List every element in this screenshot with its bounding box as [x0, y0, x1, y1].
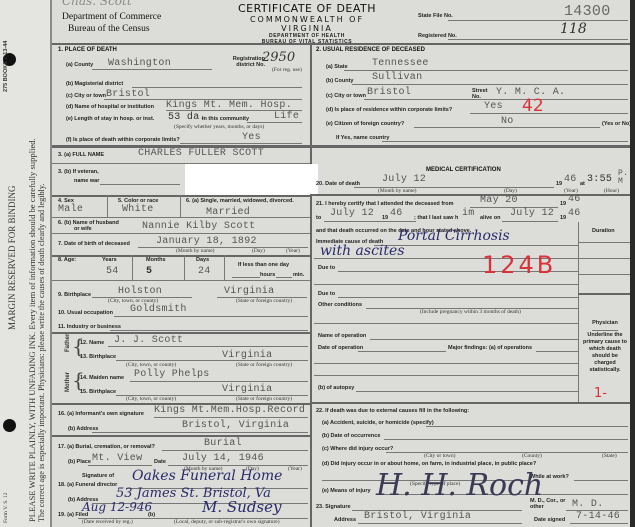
father-name[interactable]: J. J. Scott — [114, 335, 183, 346]
attend-from[interactable]: May 20 — [480, 195, 518, 206]
res-county-label: (b) County — [326, 78, 354, 84]
accident-label: (a) Accident, suicide, or homicide (spec… — [322, 420, 434, 426]
to-label: to — [316, 215, 321, 221]
date-of-birth[interactable]: January 18, 1892 — [156, 236, 257, 247]
corporate-label: (f) Is place of death within corporate l… — [66, 137, 180, 143]
res-state[interactable]: Tennessee — [372, 58, 429, 69]
registered-no: 118 — [560, 21, 587, 37]
funeral-director-signature[interactable]: Oakes Funeral Home — [132, 468, 282, 484]
dob-day-note: (Day) — [252, 248, 265, 254]
binding-margin: 275 BOOKS 7-13-44 Form V. S. 12 MARGIN R… — [0, 0, 52, 527]
rule — [138, 247, 308, 248]
divider — [578, 222, 579, 402]
rule — [52, 233, 310, 234]
death-county[interactable]: Washington — [108, 58, 171, 69]
alive-year[interactable]: 46 — [568, 208, 581, 219]
form-number: Form V. S. 12 — [3, 492, 9, 523]
book-stamp: 275 BOOKS 7-13-44 — [3, 41, 9, 92]
rule — [414, 127, 600, 128]
divider — [52, 43, 630, 45]
due-to-label-2: Due to — [318, 291, 335, 297]
rule — [154, 417, 308, 418]
rule — [448, 20, 628, 21]
race-value[interactable]: White — [122, 204, 154, 215]
mother-maiden-name[interactable]: Polly Phelps — [134, 369, 210, 380]
rule — [130, 381, 308, 382]
rule — [592, 330, 618, 331]
birthplace-city[interactable]: Holston — [118, 286, 162, 297]
dob-month-note: (Month by name) — [176, 248, 215, 254]
physician-address[interactable]: Bristol, Virginia — [364, 511, 471, 522]
burial-date-label: Date — [154, 459, 166, 465]
father-city-note: (City, town, or county) — [126, 362, 176, 368]
attend-to-year[interactable]: 46 — [390, 208, 403, 219]
rule — [132, 87, 302, 88]
date-of-death[interactable]: July 12 — [382, 174, 426, 185]
rule — [110, 330, 308, 331]
director-label-1: Signature of — [82, 473, 114, 479]
punch-hole-bottom — [3, 419, 16, 432]
rule — [502, 221, 558, 222]
divider — [310, 402, 630, 404]
means-label: (e) Means of injury — [322, 488, 371, 494]
attend-to[interactable]: July 12 — [330, 208, 374, 219]
home-label: (d) Did injury occur in or about home, o… — [322, 461, 536, 467]
instruction-line-2: The correct age is especially important.… — [37, 184, 46, 522]
divider — [224, 255, 225, 280]
father-side-label: Father — [65, 334, 71, 352]
registrar-signature[interactable]: M. Sudsey — [202, 498, 281, 516]
where-label: (c) Where did injury occur? — [322, 446, 393, 452]
alive-label: alive on — [480, 215, 500, 221]
rule — [578, 258, 630, 259]
external-heading: 22. If death was due to external causes … — [316, 408, 469, 414]
dod-year[interactable]: 46 — [564, 174, 577, 185]
rule — [426, 426, 628, 427]
top-scrawl: Chas. Scott — [62, 0, 132, 8]
stay-label: (e) Length of stay in hosp. or inst. — [66, 116, 154, 122]
other-conditions-label: Other conditions — [318, 302, 362, 308]
due-to-label-1: Due to — [318, 265, 335, 271]
at-label: at — [580, 181, 585, 187]
attend-from-19: 19 — [560, 201, 566, 207]
rule — [386, 452, 628, 453]
age-years[interactable]: 54 — [106, 266, 119, 277]
spouse-label-2: or wife — [74, 226, 92, 232]
yes-no-note: (Yes or No) — [602, 121, 631, 127]
veteran-label: 3. (b) If veteran, — [58, 169, 99, 175]
sex-value[interactable]: Male — [58, 204, 83, 215]
mother-state-note: (State or foreign country) — [236, 396, 292, 402]
death-city-label: (c) City or town — [66, 93, 106, 99]
divider — [310, 43, 312, 145]
res-corporate-label: (d) Is place of residence within corpora… — [326, 107, 452, 113]
op-date-label: Date of operation — [318, 345, 363, 351]
father-birthplace[interactable]: Virginia — [222, 350, 272, 361]
informant-signature[interactable]: Kings Mt.Mem.Hosp.Record — [154, 405, 305, 416]
rule — [232, 277, 260, 278]
rule — [314, 284, 578, 285]
rule — [574, 480, 628, 481]
medical-heading: MEDICAL CERTIFICATION — [426, 167, 501, 173]
state-title: COMMONWEALTH OF VIRGINIA — [222, 15, 392, 33]
burial-method[interactable]: Burial — [204, 438, 242, 449]
divider — [132, 255, 133, 280]
rule — [180, 143, 302, 144]
physician-title: Physician — [580, 320, 630, 327]
attend-label: 21. I hereby certify that I attended the… — [316, 201, 454, 207]
divider — [52, 255, 310, 257]
age-label: 8. Age: — [58, 257, 76, 263]
father-state-note: (State or foreign country) — [236, 362, 292, 368]
rule — [356, 391, 578, 392]
marital-label: 6. (a) Single, married, widowed, divorce… — [186, 198, 294, 204]
full-name-label: 3. (a) FULL NAME — [58, 152, 104, 158]
findings-label: Major findings: (a) of operations — [448, 345, 532, 351]
street-label: Street No. — [472, 88, 488, 100]
dod-year-prefix: 19 — [556, 181, 562, 187]
physician-title-value[interactable]: M. D. — [572, 499, 604, 510]
state-file-label: State File No. — [418, 13, 453, 19]
physician-signature[interactable]: H. H. Roch — [376, 468, 543, 503]
autopsy-label: (b) of autopsy — [318, 385, 354, 391]
community-label: In this community — [202, 116, 249, 122]
red-cause-code: 124B — [482, 251, 556, 279]
mother-city-note: (City, town, or county) — [126, 396, 176, 402]
operation-label: Name of operation — [318, 333, 366, 339]
hours-label: hours — [260, 272, 275, 278]
rule — [470, 113, 628, 114]
filed-date[interactable]: Aug 12-946 — [82, 500, 152, 514]
rule — [344, 70, 628, 71]
res-city[interactable]: Bristol — [367, 87, 411, 98]
last-saw-label: ; that I last saw h — [414, 215, 458, 221]
hospital-name[interactable]: Kings Mt. Mem. Hosp. — [166, 100, 292, 111]
informant-address[interactable]: Bristol, Virginia — [182, 420, 289, 431]
dob-year-note: (Year) — [286, 248, 300, 254]
age-days[interactable]: 24 — [198, 266, 211, 277]
dept-line-2: Bureau of the Census — [68, 24, 150, 34]
binding-note: MARGIN RESERVED FOR BINDING — [7, 185, 17, 330]
date-signed[interactable]: 7-14-46 — [576, 511, 620, 522]
state-note: (State or foreign country) — [236, 298, 292, 304]
certificate-title: CERTIFICATE OF DEATH — [222, 2, 392, 15]
rule — [276, 277, 292, 278]
rule — [358, 523, 522, 524]
immediate-cause-2[interactable]: with ascites — [320, 243, 405, 259]
place-of-death-heading: 1. PLACE OF DEATH — [58, 47, 117, 53]
rule — [314, 323, 578, 324]
years-label: Years — [102, 257, 117, 263]
rule — [52, 280, 310, 281]
min-label: min. — [293, 272, 304, 278]
father-brace: { — [72, 336, 85, 356]
instruction-line-1: PLEASE WRITE PLAINLY, WITH UNFADING INK.… — [27, 138, 37, 522]
dept-line-1: Department of Commerce — [62, 12, 161, 22]
divider — [52, 332, 310, 334]
county-label: (a) County — [66, 62, 93, 68]
death-corporate[interactable]: Yes — [242, 132, 261, 143]
reg-district-label: Registration district No. — [225, 56, 265, 68]
birthplace-state[interactable]: Virginia — [224, 286, 274, 297]
divider — [52, 195, 310, 197]
immediate-cause-1[interactable]: Portal Cirrhosis — [398, 228, 510, 244]
informant-label: 16. (a) Informant's own signature — [58, 411, 144, 417]
dod-hour[interactable]: 3:55 — [587, 174, 612, 185]
red-mark: 1- — [594, 386, 607, 401]
res-county[interactable]: Sullivan — [372, 72, 422, 83]
rule — [352, 84, 628, 85]
director-label-2: 18. (a) Funeral director — [58, 482, 117, 488]
registrar-note: (Local, deputy, or sub-registrar's own s… — [174, 519, 280, 525]
mother-bp-label: 15. Birthplace — [80, 389, 116, 395]
occupation[interactable]: Goldsmith — [130, 304, 187, 315]
death-city[interactable]: Bristol — [106, 89, 150, 100]
rule — [92, 69, 212, 70]
rule — [92, 432, 308, 433]
rule — [88, 465, 152, 466]
other-note: (Include pregnancy within 3 months of de… — [420, 309, 521, 315]
rule — [247, 122, 302, 123]
burial-year-note: (Year) — [288, 466, 302, 472]
rule — [358, 351, 446, 352]
rule — [374, 245, 578, 246]
rule — [114, 316, 308, 317]
community-stay[interactable]: Life — [274, 111, 299, 122]
res-corporate[interactable]: Yes — [484, 101, 503, 112]
alive-19: 19 — [560, 215, 566, 221]
burial-date[interactable]: July 14, 1946 — [182, 453, 264, 464]
rule — [384, 439, 628, 440]
spouse-name[interactable]: Nannie Kilby Scott — [142, 221, 255, 232]
last-saw[interactable]: im — [462, 208, 475, 219]
rule — [338, 297, 578, 298]
reg-district-no[interactable]: 2950 — [262, 50, 295, 65]
divider — [184, 255, 185, 280]
rule — [370, 339, 578, 340]
divider — [310, 145, 312, 527]
duration-label: Duration — [592, 228, 615, 234]
rule — [364, 99, 628, 100]
months-label: Months — [146, 257, 166, 263]
birthplace-label: 9. Birthplace — [58, 292, 91, 298]
state-file-no: 14300 — [564, 3, 611, 20]
dob-label: 7. Date of birth of deceased — [58, 241, 130, 247]
stay-length[interactable]: 53 da. — [168, 112, 206, 123]
rule — [314, 363, 578, 364]
md-title-label: M. D., Cor., or other — [530, 498, 568, 510]
sig-address-label: Address — [334, 517, 356, 523]
magisterial-label: (b) Magisterial district — [66, 81, 123, 87]
header-titles: CERTIFICATE OF DEATH COMMONWEALTH OF VIR… — [222, 2, 392, 45]
rule — [100, 184, 180, 185]
stay-note: (Specify whether years, months, or days) — [174, 124, 264, 130]
rule — [382, 141, 628, 142]
mother-name-label: 14. Maiden name — [80, 375, 124, 381]
res-city-label: (c) City or town — [326, 93, 366, 99]
age-months[interactable]: 5 — [146, 266, 152, 277]
divider — [578, 293, 630, 295]
divider — [180, 195, 181, 217]
am-pm[interactable]: P. M — [618, 170, 626, 186]
hospital-label: (d) Name of hospital or institution — [66, 104, 154, 110]
father-bp-label: 13. Birthplace — [80, 354, 116, 360]
mother-birthplace[interactable]: Virginia — [222, 384, 272, 395]
attend-from-year[interactable]: 46 — [568, 194, 581, 205]
rule — [108, 346, 308, 347]
rule — [578, 274, 630, 275]
mother-side-label: Mother — [65, 372, 71, 392]
full-name[interactable]: CHARLES FULLER SCOTT — [138, 148, 264, 159]
burial-place[interactable]: Mt. View — [92, 453, 142, 464]
days-label: Days — [196, 257, 209, 263]
where-city-note: (City or town) — [424, 453, 455, 459]
physician-note: Underline the primary cause to which dea… — [582, 332, 628, 374]
rule — [570, 523, 628, 524]
rule — [324, 221, 416, 222]
rule — [448, 39, 628, 40]
redaction-box — [185, 164, 318, 195]
rule — [162, 450, 308, 451]
rule — [314, 375, 578, 376]
certificate-form: Chas. Scott Department of Commerce Burea… — [52, 0, 630, 527]
residence-heading: 2. USUAL RESIDENCE OF DECEASED — [316, 47, 425, 53]
divider — [310, 194, 630, 196]
date-signed-label: Date signed — [534, 517, 565, 523]
occupation-label: 10. Usual occupation — [58, 310, 113, 316]
rule — [52, 217, 310, 218]
res-citizen[interactable]: No — [501, 116, 514, 127]
rule — [536, 351, 578, 352]
where-county-note: (County) — [522, 453, 542, 459]
filed-note: (Date received by reg.) — [82, 519, 133, 525]
less-than-day-label: If less than one day — [238, 262, 289, 268]
divider — [107, 195, 108, 217]
death-certificate: 275 BOOKS 7-13-44 Form V. S. 12 MARGIN R… — [0, 0, 630, 527]
divider — [52, 435, 310, 437]
burial-method-label: 17. (a) Burial, cremation, or removal? — [58, 444, 155, 450]
citizen-label: (e) Citizen of foreign country? — [326, 121, 404, 127]
where-state-note: (State) — [602, 453, 617, 459]
signature-label: 23. Signature — [316, 504, 351, 510]
occurrence-label: (b) Date of occurrence — [322, 433, 380, 439]
rule — [116, 360, 308, 361]
father-name-label: 12. Name — [80, 340, 104, 346]
rule — [578, 242, 630, 243]
attend-to-19: 19 — [382, 215, 388, 221]
red-code-42: 42 — [522, 96, 544, 116]
reg-use-note: (For reg. use) — [272, 67, 302, 73]
war-label: name war — [74, 178, 99, 184]
alive-on[interactable]: July 12 — [510, 208, 554, 219]
